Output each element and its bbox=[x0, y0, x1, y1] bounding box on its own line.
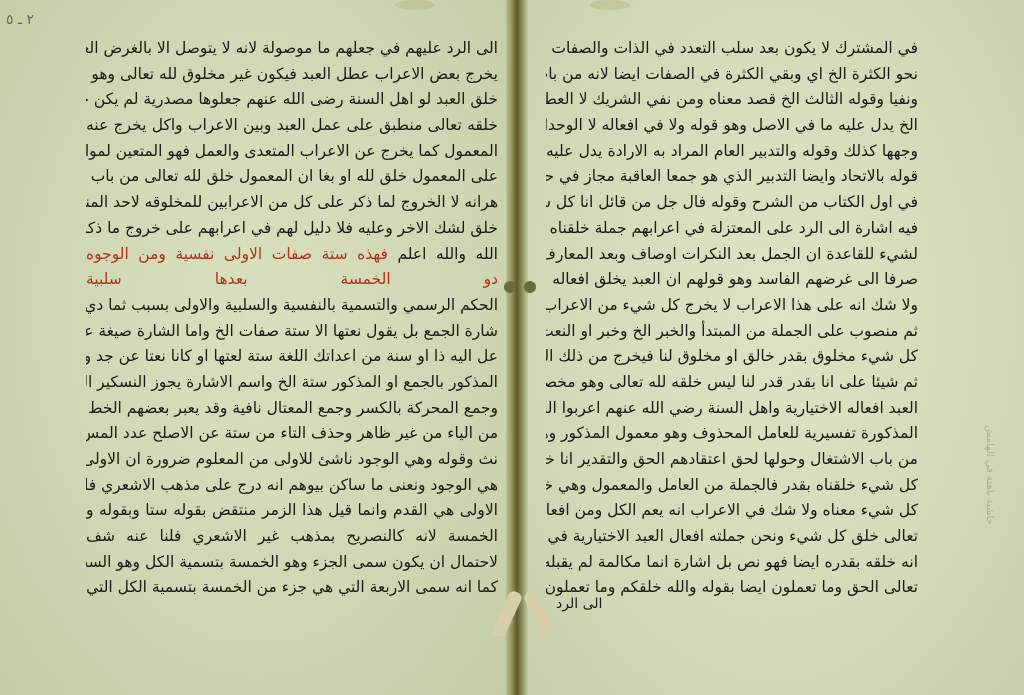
binding-hole bbox=[524, 281, 536, 293]
text-line: كل شيء مخلوق بقدر خالق او مخلوق لنا فيخر… bbox=[546, 344, 918, 370]
text-line: نث وقوله وهي الوجود ناشئ للاولى من المعل… bbox=[86, 447, 498, 473]
text-line: المذكورة تفسيرية للعامل المحذوف وهو معمو… bbox=[546, 421, 918, 447]
right-page-text: في المشترك لا يكون بعد سلب التعدد في الذ… bbox=[546, 36, 918, 601]
text-line: انه خلقه بقدره ايضا فهو نص بل اشارة انما… bbox=[546, 550, 918, 576]
text-line: كل شيء معناه ولا شك في الاعراب انه يعم ا… bbox=[546, 498, 918, 524]
text-line: في اول الكتاب من الشرح وقوله فال جل من ق… bbox=[546, 190, 918, 216]
text-line: كما انه سمى الاربعة التي هي جزء من الخمس… bbox=[86, 575, 498, 601]
binding-hole bbox=[504, 281, 516, 293]
text-line: وجهها كذلك وقوله والتدبير العام المراد ب… bbox=[546, 139, 918, 165]
text-line: المذكور بالجمع او المذكور ستة الخ واسم ا… bbox=[86, 370, 498, 396]
left-page-text: الى الرد عليهم في جعلهم ما موصولة لانه ل… bbox=[86, 36, 498, 601]
text-line: كل شيء خلقناه بقدر فالجملة من العامل وال… bbox=[546, 473, 918, 499]
text-line: العبد افعاله الاختيارية واهل السنة رضي ا… bbox=[546, 396, 918, 422]
text-line: خلق العبد لو اهل السنة رضى الله عنهم جعل… bbox=[86, 87, 498, 113]
text-segment: الله والله اعلم bbox=[397, 245, 498, 263]
text-line: ثم منصوب على الجملة من المبتدأ والخبر ال… bbox=[546, 319, 918, 345]
text-line: من باب الاشتغال وحولها لحق اعتقادهم الحق… bbox=[546, 447, 918, 473]
text-line: ولا شك انه على هذا الاعراب لا يخرج كل شي… bbox=[546, 293, 918, 319]
catchword: الى الرد bbox=[556, 596, 602, 612]
text-line: يخرج بعض الاعراب عطل العبد فيكون غير مخل… bbox=[86, 62, 498, 88]
text-line: فيه اشارة الى الرد على المعتزلة في اعراب… bbox=[546, 216, 918, 242]
text-line: على المعمول خلق لله او بغا ان المعمول خل… bbox=[86, 164, 498, 190]
text-line: نحو الكثرة الخ اي وبقي الكثرة في الصفات … bbox=[546, 62, 918, 88]
text-line: ثم شيئا على انا بقدر قدر لنا ليس خلقه لل… bbox=[546, 370, 918, 396]
text-line: المعمول كما يخرج عن الاعراب المتعدى والع… bbox=[86, 139, 498, 165]
text-line: الله والله اعلم فهذه ستة صفات الاولى نفس… bbox=[86, 242, 498, 268]
text-line: هي الوجود ونعنى ما ساكن بيوهم انه درج عل… bbox=[86, 473, 498, 499]
text-line: لاحتمال ان يكون سمى الجزء وهو الخمسة بتس… bbox=[86, 550, 498, 576]
paper-stain bbox=[395, 0, 435, 10]
text-line: الى الرد عليهم في جعلهم ما موصولة لانه ل… bbox=[86, 36, 498, 62]
text-line: من الياء من غير ظاهر وحذف التاء من ستة ع… bbox=[86, 421, 498, 447]
text-line: خلق لشك الاخر وعليه فلا دليل لهم في اعرا… bbox=[86, 216, 498, 242]
folio-number: ٢ ـ ٥ bbox=[6, 12, 34, 28]
text-line: عل اليه ذا او سنة من اعداتك اللغة ستة لع… bbox=[86, 344, 498, 370]
text-line: ونفيا وقوله الثالث الخ قصد معناه ومن نفي… bbox=[546, 87, 918, 113]
text-line: الحكم الرسمي والتسمية بالنفسية والسلبية … bbox=[86, 293, 498, 319]
text-line: دو الخمسة بعدها سلبية bbox=[86, 267, 498, 293]
paper-stain bbox=[590, 0, 630, 10]
binding-gutter bbox=[506, 0, 528, 695]
text-line: شارة الجمع بل يقول نعتها الا ستة صفات ال… bbox=[86, 319, 498, 345]
rubric-text: دو الخمسة بعدها سلبية bbox=[86, 270, 498, 288]
margin-annotation: حاشية باهتة في الهامش bbox=[965, 175, 995, 525]
text-line: صرفا الى غرضهم الفاسد وهو قولهم ان العبد… bbox=[546, 267, 918, 293]
text-line: الخ يدل عليه ما في الاصل وهو قوله ولا في… bbox=[546, 113, 918, 139]
text-line: الخمسة لانه كالنصريح بمذهب غير الاشعري ف… bbox=[86, 524, 498, 550]
rubric-heading: فهذه ستة صفات الاولى نفسية ومن الوجوه bbox=[86, 245, 388, 263]
text-line: الاولى هي القدم وانما قيل هذا الزمر منتق… bbox=[86, 498, 498, 524]
text-line: خلقه تعالى منطبق على عمل العبد وبين الاع… bbox=[86, 113, 498, 139]
text-line: قوله بالاتحاد وايضا التدبير الذي هو جمعا… bbox=[546, 164, 918, 190]
text-line: تعالى خلق كل شيء ونحن جملته افعال العبد … bbox=[546, 524, 918, 550]
text-line: وجمع المحركة بالكسر وجمع المعتال نافية و… bbox=[86, 396, 498, 422]
text-line: لشيء للقاعدة ان الجمل بعد النكرات اوصاف … bbox=[546, 242, 918, 268]
manuscript-spread: ٢ ـ ٥ الى الرد عليهم في جعلهم ما موصولة … bbox=[0, 0, 1024, 695]
text-line: هرانه لا الخروج لما ذكر على كل من الاعرا… bbox=[86, 190, 498, 216]
text-line: في المشترك لا يكون بعد سلب التعدد في الذ… bbox=[546, 36, 918, 62]
